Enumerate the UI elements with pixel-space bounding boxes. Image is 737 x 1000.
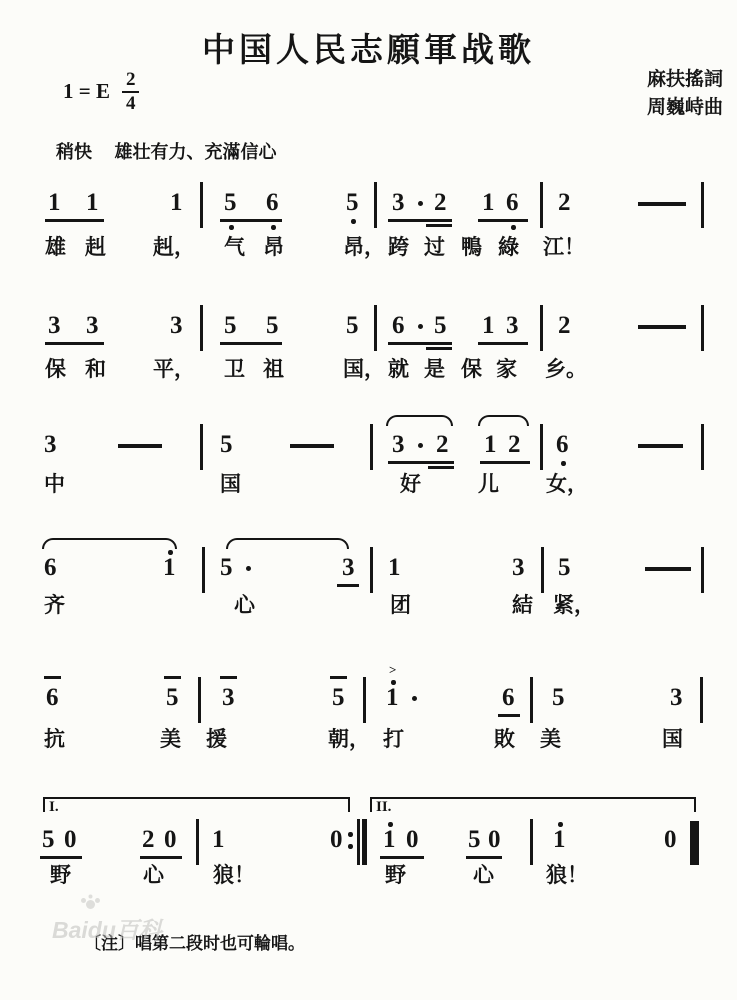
barline xyxy=(541,547,544,593)
duration-dash xyxy=(645,567,691,571)
volta-bracket xyxy=(370,797,696,812)
tenuto-mark xyxy=(44,676,61,679)
octave-dot xyxy=(351,219,356,224)
lyric-syllable: 美 xyxy=(540,728,561,751)
note: 3 xyxy=(392,432,405,458)
note: 1 xyxy=(553,827,566,853)
note: 6 xyxy=(44,555,57,581)
note: 1 xyxy=(482,313,495,339)
note: 5 xyxy=(42,827,55,853)
note: 3 xyxy=(670,685,683,711)
barline xyxy=(200,182,203,228)
lyric-syllable: 平， xyxy=(153,358,195,381)
lyric-syllable: 好 xyxy=(400,473,421,496)
beam xyxy=(388,461,454,464)
watermark-text: Baidu百科 xyxy=(52,917,162,943)
volta-label: I. xyxy=(49,800,59,815)
lyric-syllable: 跨 xyxy=(388,236,409,259)
lyric-syllable: 卫 xyxy=(224,358,245,381)
note: 1 xyxy=(388,555,401,581)
barline xyxy=(200,305,203,351)
note: 5 xyxy=(468,827,481,853)
duration-dash xyxy=(638,444,683,448)
octave-dot xyxy=(511,225,516,230)
note: 5 xyxy=(558,555,571,581)
octave-dot xyxy=(388,822,393,827)
barline xyxy=(701,424,704,470)
note: 0 xyxy=(664,827,677,853)
slur xyxy=(386,415,453,426)
note: 3 xyxy=(342,555,355,581)
barline xyxy=(198,677,201,723)
time-signature-denominator: 4 xyxy=(122,93,140,114)
barline xyxy=(540,305,543,351)
barline xyxy=(530,819,533,865)
sixteenth-beam xyxy=(428,466,454,469)
note: 6 xyxy=(506,190,519,216)
duration-dash xyxy=(118,444,162,448)
beam xyxy=(466,856,502,859)
tenuto-mark xyxy=(330,676,347,679)
note: 5 xyxy=(266,313,279,339)
note: 3 xyxy=(44,432,57,458)
accent-mark: > xyxy=(389,663,396,676)
beam xyxy=(380,856,424,859)
slur xyxy=(42,538,177,549)
lyric-syllable: 国， xyxy=(343,358,385,381)
tenuto-mark xyxy=(220,676,237,679)
lyric-syllable: 气 xyxy=(224,236,245,259)
lyric-syllable: 心 xyxy=(234,594,255,617)
note: 0 xyxy=(406,827,419,853)
note: 5 xyxy=(166,685,179,711)
note: 6 xyxy=(266,190,279,216)
lyric-syllable: 赳 xyxy=(85,236,106,259)
note: 5 xyxy=(346,190,359,216)
duration-dash xyxy=(638,202,686,206)
note: 1 xyxy=(163,555,176,581)
paw-icon xyxy=(86,900,95,909)
lyric-syllable: 保 xyxy=(45,358,66,381)
lyric-syllable: 乡。 xyxy=(545,358,587,381)
barline xyxy=(540,424,543,470)
beam xyxy=(480,461,530,464)
lyric-syllable: 保 xyxy=(461,358,482,381)
augmentation-dot xyxy=(418,201,423,206)
lyric-syllable: 赳， xyxy=(153,236,195,259)
barline xyxy=(540,182,543,228)
augmentation-dot xyxy=(412,696,417,701)
note: 0 xyxy=(488,827,501,853)
lyric-syllable: 和 xyxy=(85,358,106,381)
lyric-syllable: 女， xyxy=(546,473,588,496)
lyric-syllable: 美 xyxy=(160,728,181,751)
sheet-music-page: 中国人民志願軍战歌 1 = E 2 4 麻扶搖詞 周巍峙曲 稍快 雄壮有力、充滿… xyxy=(0,0,737,1000)
lyric-syllable: 雄 xyxy=(45,236,66,259)
note: 5 xyxy=(220,555,233,581)
note: 1 xyxy=(383,827,396,853)
lyric-syllable: 昂 xyxy=(263,236,284,259)
note: 5 xyxy=(552,685,565,711)
barline xyxy=(530,677,533,723)
note: 1 xyxy=(48,190,61,216)
note: 5 xyxy=(220,432,233,458)
sixteenth-beam xyxy=(426,347,452,350)
tempo-marking: 稍快 xyxy=(56,142,92,162)
beam xyxy=(220,342,282,345)
note: 2 xyxy=(508,432,521,458)
note: 5 xyxy=(332,685,345,711)
augmentation-dot xyxy=(418,324,423,329)
note: 0 xyxy=(330,827,343,853)
time-signature-numerator: 2 xyxy=(122,70,140,93)
note: 0 xyxy=(164,827,177,853)
note: 2 xyxy=(558,190,571,216)
sixteenth-beam xyxy=(426,224,452,227)
lyric-syllable: 鴨 xyxy=(461,236,482,259)
note: 1 xyxy=(170,190,183,216)
lyric-syllable: 綠 xyxy=(498,236,519,259)
lyric-syllable: 狼！ xyxy=(213,864,255,887)
tempo-line: 稍快 雄壮有力、充滿信心 xyxy=(56,138,277,164)
note: 3 xyxy=(170,313,183,339)
note: 5 xyxy=(346,313,359,339)
note: 5 xyxy=(434,313,447,339)
lyric-syllable: 过 xyxy=(424,236,445,259)
barline xyxy=(196,819,199,865)
beam xyxy=(40,856,82,859)
lyric-syllable: 是 xyxy=(424,358,445,381)
note: 2 xyxy=(434,190,447,216)
note: 2 xyxy=(558,313,571,339)
beam xyxy=(478,342,528,345)
octave-dot xyxy=(391,680,396,685)
barline xyxy=(701,547,704,593)
lyric-syllable: 心 xyxy=(473,864,494,887)
repeat-thin-bar xyxy=(357,819,360,865)
note: 1 xyxy=(212,827,225,853)
barline xyxy=(701,182,704,228)
note: 3 xyxy=(506,313,519,339)
composer-credit: 周巍峙曲 xyxy=(647,94,723,122)
lyric-syllable: 家 xyxy=(496,358,517,381)
beam xyxy=(45,342,104,345)
beam xyxy=(478,219,528,222)
note: 6 xyxy=(392,313,405,339)
barline xyxy=(200,424,203,470)
note: 3 xyxy=(86,313,99,339)
time-signature: 2 4 xyxy=(122,70,140,114)
beam xyxy=(498,714,520,717)
lyric-syllable: 心 xyxy=(143,864,164,887)
octave-dot xyxy=(271,225,276,230)
lyric-syllable: 紧， xyxy=(553,594,595,617)
lyricist-credit: 麻扶搖詞 xyxy=(647,66,723,94)
note: 6 xyxy=(556,432,569,458)
note: 3 xyxy=(512,555,525,581)
slur xyxy=(478,415,529,426)
lyric-syllable: 儿 xyxy=(478,473,499,496)
note: 1 xyxy=(386,685,399,711)
volta-label: II. xyxy=(376,800,391,815)
lyric-syllable: 結 xyxy=(512,594,533,617)
note: 5 xyxy=(224,313,237,339)
note: 2 xyxy=(142,827,155,853)
lyric-syllable: 就 xyxy=(388,358,409,381)
note: 5 xyxy=(224,190,237,216)
lyric-syllable: 野 xyxy=(50,864,71,887)
lyric-syllable: 团 xyxy=(390,594,411,617)
lyric-syllable: 狼！ xyxy=(546,864,588,887)
augmentation-dot xyxy=(418,443,423,448)
repeat-dot xyxy=(348,832,353,837)
note: 0 xyxy=(64,827,77,853)
note: 3 xyxy=(392,190,405,216)
note: 1 xyxy=(482,190,495,216)
watermark: Baidu百科 xyxy=(52,912,162,945)
lyric-syllable: 打 xyxy=(383,728,404,751)
expression-marking: 雄壮有力、充滿信心 xyxy=(115,142,277,162)
duration-dash xyxy=(290,444,334,448)
credits: 麻扶搖詞 周巍峙曲 xyxy=(647,66,723,122)
barline xyxy=(370,547,373,593)
lyric-syllable: 朝， xyxy=(328,728,370,751)
beam xyxy=(388,342,452,345)
lyric-syllable: 抗 xyxy=(44,728,65,751)
duration-dash xyxy=(638,325,686,329)
repeat-dot xyxy=(348,844,353,849)
lyric-syllable: 国 xyxy=(220,473,241,496)
beam xyxy=(45,219,104,222)
repeat-thick-bar xyxy=(362,819,367,865)
slur xyxy=(226,538,349,549)
lyric-syllable: 野 xyxy=(385,864,406,887)
final-barline xyxy=(690,821,699,865)
beam xyxy=(337,584,359,587)
note: 1 xyxy=(86,190,99,216)
barline xyxy=(202,547,205,593)
octave-dot xyxy=(558,822,563,827)
lyric-syllable: 昂， xyxy=(343,236,385,259)
beam xyxy=(388,219,452,222)
barline xyxy=(374,305,377,351)
lyric-syllable: 援 xyxy=(206,728,227,751)
volta-bracket xyxy=(43,797,350,812)
barline xyxy=(363,677,366,723)
barline xyxy=(374,182,377,228)
lyric-syllable: 祖 xyxy=(263,358,284,381)
key-signature-text: 1 = E xyxy=(63,79,110,104)
note: 6 xyxy=(46,685,59,711)
tenuto-mark xyxy=(164,676,181,679)
beam xyxy=(220,219,282,222)
barline xyxy=(370,424,373,470)
lyric-syllable: 敗 xyxy=(494,728,515,751)
note: 2 xyxy=(436,432,449,458)
octave-dot xyxy=(561,461,566,466)
beam xyxy=(140,856,182,859)
note: 6 xyxy=(502,685,515,711)
octave-dot xyxy=(168,550,173,555)
lyric-syllable: 齐 xyxy=(44,594,65,617)
page-title: 中国人民志願軍战歌 xyxy=(0,24,737,71)
augmentation-dot xyxy=(246,566,251,571)
key-signature: 1 = E 2 4 xyxy=(63,70,139,114)
lyric-syllable: 国 xyxy=(662,728,683,751)
lyric-syllable: 江！ xyxy=(543,236,585,259)
barline xyxy=(701,305,704,351)
note: 1 xyxy=(484,432,497,458)
note: 3 xyxy=(222,685,235,711)
lyric-syllable: 中 xyxy=(44,473,65,496)
barline xyxy=(700,677,703,723)
octave-dot xyxy=(229,225,234,230)
note: 3 xyxy=(48,313,61,339)
